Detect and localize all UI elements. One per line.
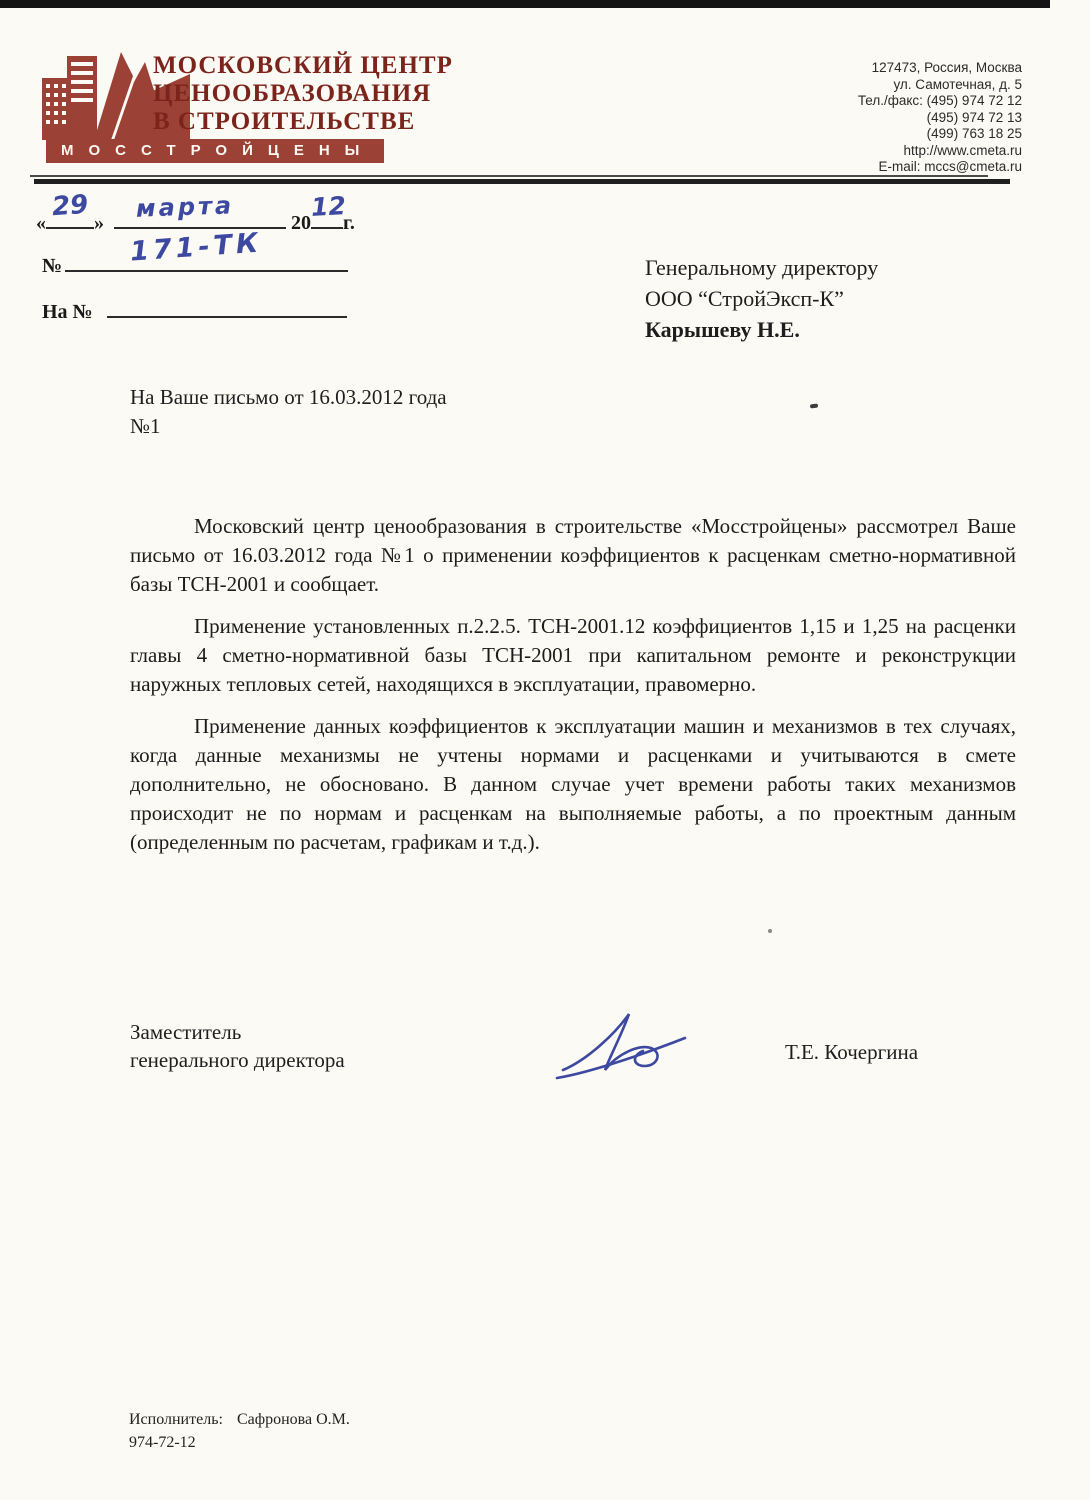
- number-blank: 171-ТК: [65, 250, 348, 272]
- executor-name: Сафронова О.М.: [237, 1411, 350, 1428]
- contact-website: http://www.cmeta.ru: [858, 143, 1022, 160]
- signer-position-line: генерального директора: [130, 1046, 345, 1074]
- subject-reference: На Ваше письмо от 16.03.2012 года №1: [130, 383, 447, 441]
- outgoing-number-line: №171-ТК: [42, 250, 348, 278]
- addressee-block: Генеральному директору ООО “СтройЭксп-К”…: [645, 252, 878, 345]
- handwritten-year: 12: [310, 191, 346, 222]
- reply-label: На №: [42, 301, 93, 323]
- scan-black-edge: [0, 0, 1050, 8]
- letter-body: Московский центр ценообразования в строи…: [130, 512, 1016, 870]
- contact-phone-line: (499) 763 18 25: [858, 126, 1022, 143]
- date-year-blank: 12: [311, 205, 343, 229]
- executor-block: Исполнитель:Сафронова О.М. 974-72-12: [129, 1408, 350, 1454]
- date-close-quote: »: [94, 212, 104, 234]
- logo-org-name-line: В СТРОИТЕЛЬСТВЕ: [153, 108, 453, 136]
- signer-position: Заместитель генерального директора: [130, 1018, 345, 1074]
- executor-line: Исполнитель:Сафронова О.М.: [129, 1408, 350, 1431]
- scan-speck: [810, 403, 818, 408]
- logo-org-name-line: ЦЕНООБРАЗОВАНИЯ: [153, 80, 453, 108]
- contact-email: E-mail: mccs@cmeta.ru: [858, 159, 1022, 176]
- body-paragraph: Московский центр ценообразования в строи…: [130, 512, 1016, 599]
- contact-address-line: ул. Самотечная, д. 5: [858, 77, 1022, 94]
- date-line: «29»марта 2012г.: [36, 205, 355, 235]
- scanned-letter-page: МОСКОВСКИЙ ЦЕНТР ЦЕНООБРАЗОВАНИЯ В СТРОИ…: [0, 0, 1090, 1500]
- logo-org-name-line: МОСКОВСКИЙ ЦЕНТР: [153, 52, 453, 80]
- subject-number: №1: [130, 412, 447, 441]
- contact-address-line: 127473, Россия, Москва: [858, 60, 1022, 77]
- executor-phone: 974-72-12: [129, 1431, 350, 1454]
- body-paragraph: Применение данных коэффициентов к эксплу…: [130, 712, 1016, 857]
- date-day-blank: 29: [46, 205, 94, 229]
- logo-org-name: МОСКОВСКИЙ ЦЕНТР ЦЕНООБРАЗОВАНИЯ В СТРОИ…: [153, 52, 453, 136]
- letterhead-divider-thick: [34, 179, 1010, 184]
- reply-to-number-line: На №: [42, 296, 347, 324]
- executor-label: Исполнитель:: [129, 1411, 223, 1428]
- subject-line: На Ваше письмо от 16.03.2012 года: [130, 383, 447, 412]
- handwritten-day: 29: [51, 190, 89, 222]
- addressee-name: Карышеву Н.Е.: [645, 314, 878, 345]
- number-label: №: [42, 255, 62, 277]
- reply-blank: [107, 296, 347, 318]
- date-century: 20: [291, 212, 311, 234]
- logo-banner: МОССТРОЙЦЕНЫ: [46, 139, 384, 163]
- date-open-quote: «: [36, 212, 46, 234]
- addressee-company: ООО “СтройЭксп-К”: [645, 283, 878, 314]
- handwritten-signature-icon: [553, 1008, 693, 1093]
- signer-name: Т.Е. Кочергина: [785, 1040, 918, 1065]
- body-paragraph: Применение установленных п.2.2.5. ТСН-20…: [130, 612, 1016, 699]
- handwritten-month: марта: [136, 191, 235, 222]
- addressee-position: Генеральному директору: [645, 252, 878, 283]
- letterhead-divider-thin: [30, 175, 988, 177]
- date-month-blank: марта: [114, 205, 286, 229]
- contact-phone-line: Тел./факс: (495) 974 72 12: [858, 93, 1022, 110]
- scan-speck: [768, 929, 772, 933]
- contact-block: 127473, Россия, Москва ул. Самотечная, д…: [858, 60, 1022, 176]
- contact-phone-line: (495) 974 72 13: [858, 110, 1022, 127]
- signer-position-line: Заместитель: [130, 1018, 345, 1046]
